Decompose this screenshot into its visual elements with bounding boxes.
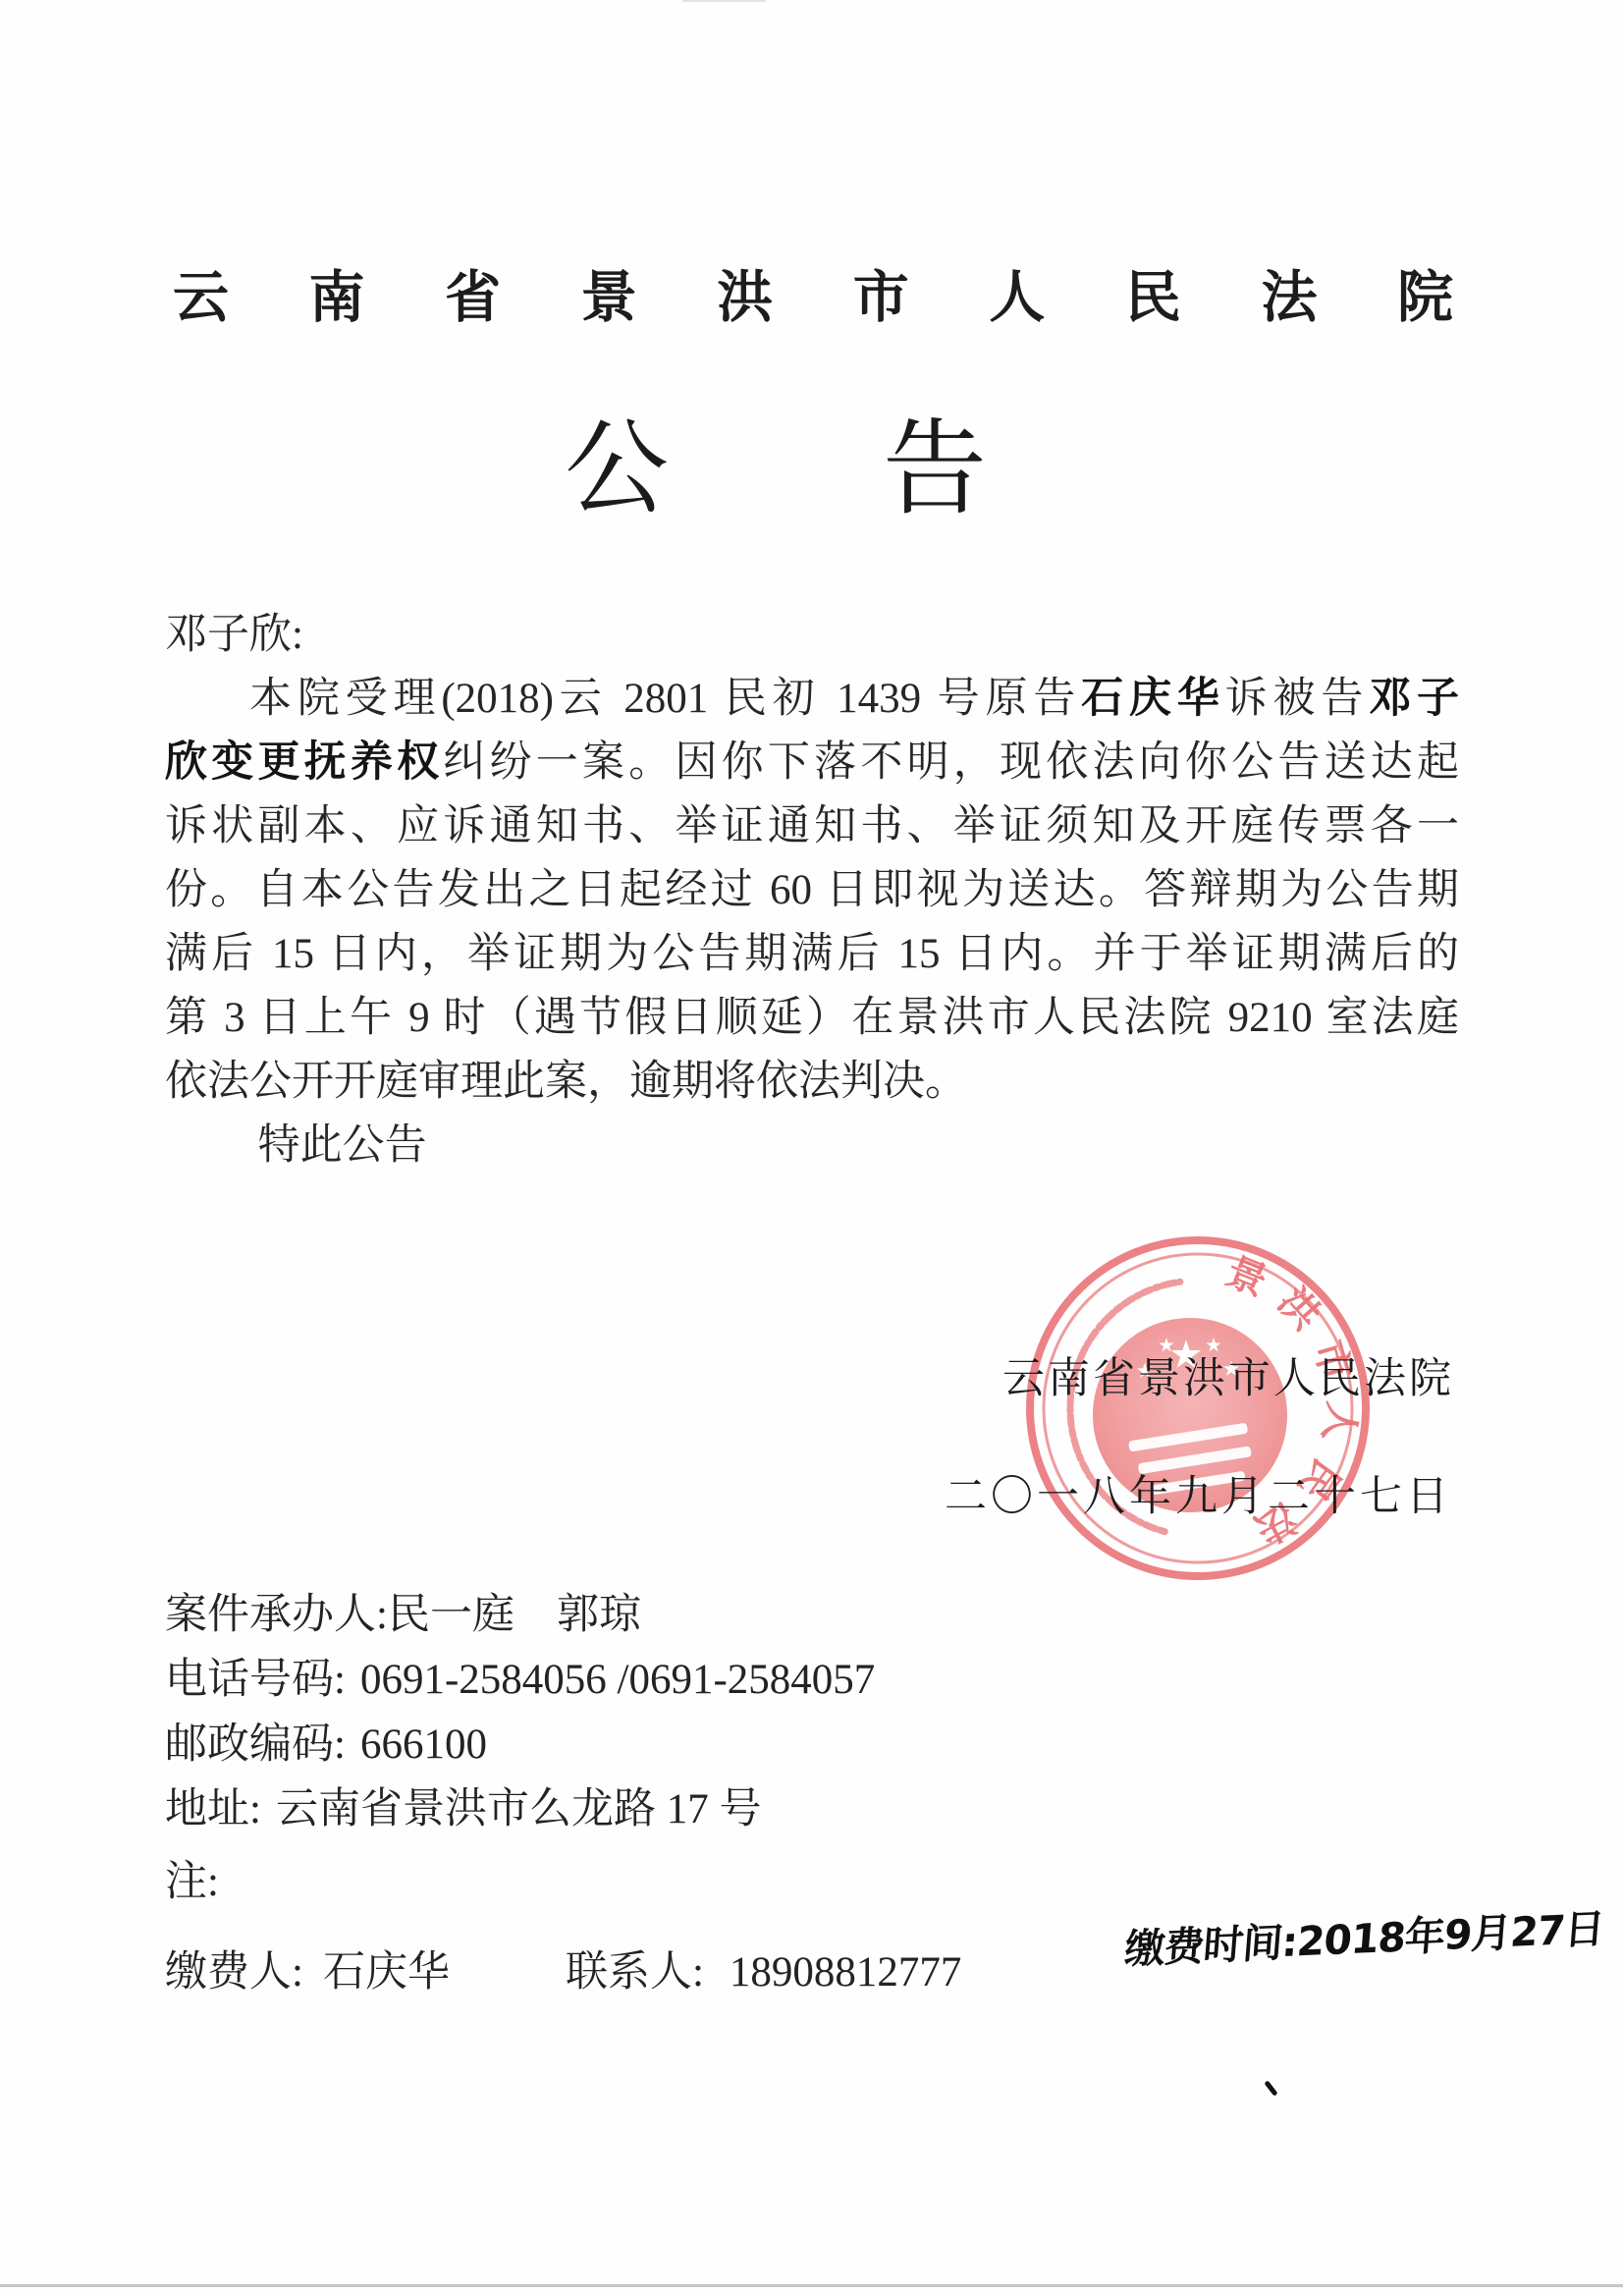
phone-value: 0691-2584056 /0691-2584057: [360, 1657, 875, 1703]
payer-name: 石庆华: [323, 1949, 450, 1995]
body-line: 满后 15 日内，举证期为公告期满后 15 日内。并于举证期满后的: [165, 922, 1459, 986]
body-text: 第 3 日上午 9 时（遇节假日顺延）在景洪市人民法院 9210 室法庭: [165, 995, 1459, 1041]
contact-person-label: 联系人:: [566, 1949, 704, 1995]
address-label: 地址:: [165, 1786, 261, 1832]
official-seal: 景洪市人民法院: [1021, 1230, 1375, 1587]
payer-row: 缴费人:石庆华联系人:18908812777: [165, 1941, 961, 2005]
case-handler-label: 案件承办人:: [165, 1592, 388, 1638]
addressee: 邓子欣:: [165, 603, 1459, 667]
postcode-label: 邮政编码:: [165, 1722, 346, 1768]
party-name-bold: 欣变更抚养权: [165, 739, 443, 786]
body-line: 欣变更抚养权纠纷一案。因你下落不明，现依法向你公告送达起: [165, 731, 1459, 794]
address-value: 云南省景洪市么龙路 17 号: [276, 1786, 762, 1832]
stray-ink-mark: [1264, 2080, 1277, 2096]
handwritten-payment-date: 缴费时间:2018年9月27日: [1123, 1898, 1549, 1975]
note-row: 注:: [165, 1850, 961, 1915]
payer-label: 缴费人:: [165, 1949, 303, 1995]
postcode-value: 666100: [360, 1722, 487, 1768]
body-text: 份。自本公告发出之日起经过 60 日即视为送达。答辩期为公告期: [165, 867, 1459, 913]
body-text: 满后 15 日内，举证期为公告期满后 15 日内。并于举证期满后的: [165, 931, 1459, 977]
body-text: 依法公开开庭审理此案，逾期将依法判决。: [165, 1059, 967, 1105]
phone-row: 电话号码:0691-2584056 /0691-2584057: [165, 1648, 961, 1713]
body-line: 第 3 日上午 9 时（遇节假日顺延）在景洪市人民法院 9210 室法庭: [165, 986, 1459, 1050]
court-title: 云南省景洪市人民法院: [173, 261, 1453, 336]
note-label: 注:: [165, 1859, 219, 1905]
case-handler-value: 民一庭 郭琼: [388, 1592, 641, 1638]
closing-line: 特此公告: [165, 1114, 1459, 1177]
signature-court-name: 云南省景洪市人民法院: [1002, 1345, 1454, 1405]
postcode-row: 邮政编码:666100: [165, 1713, 961, 1777]
body-text: 诉状副本、应诉通知书、举证通知书、举证须知及开庭传票各一: [165, 803, 1459, 849]
notice-body: 邓子欣: 本院受理(2018)云 2801 民初 1439 号原告石庆华诉被告邓…: [165, 603, 1459, 1177]
notice-title: 公告: [565, 405, 987, 536]
case-handler-row: 案件承办人:民一庭 郭琼: [165, 1583, 961, 1648]
body-text: 诉被告: [1225, 676, 1370, 722]
contact-block: 案件承办人:民一庭 郭琼 电话号码:0691-2584056 /0691-258…: [165, 1583, 961, 2005]
scanned-court-notice-page: { "document": { "court_title": "云南省景洪市人民…: [0, 0, 1623, 2296]
body-line: 份。自本公告发出之日起经过 60 日即视为送达。答辩期为公告期: [165, 858, 1459, 922]
party-name-bold: 邓子: [1369, 676, 1459, 722]
contact-person-phone: 18908812777: [730, 1949, 962, 1995]
signature-date: 二〇一八年九月二十七日: [945, 1463, 1452, 1523]
phone-label: 电话号码:: [165, 1657, 346, 1703]
body-line: 诉状副本、应诉通知书、举证通知书、举证须知及开庭传票各一: [165, 794, 1459, 858]
address-row: 地址:云南省景洪市么龙路 17 号: [165, 1777, 961, 1842]
body-line: 依法公开开庭审理此案，逾期将依法判决。: [165, 1050, 1459, 1114]
scan-edge-top: [682, 0, 766, 2]
body-line: 本院受理(2018)云 2801 民初 1439 号原告石庆华诉被告邓子: [165, 667, 1459, 731]
body-text: 本院受理(2018)云 2801 民初 1439 号原告: [249, 676, 1081, 722]
scan-edge-bottom: [0, 2284, 1623, 2287]
body-paragraph: 本院受理(2018)云 2801 民初 1439 号原告石庆华诉被告邓子欣变更抚…: [165, 667, 1459, 1114]
party-name-bold: 石庆华: [1081, 676, 1225, 722]
body-text: 纠纷一案。因你下落不明，现依法向你公告送达起: [443, 739, 1459, 786]
